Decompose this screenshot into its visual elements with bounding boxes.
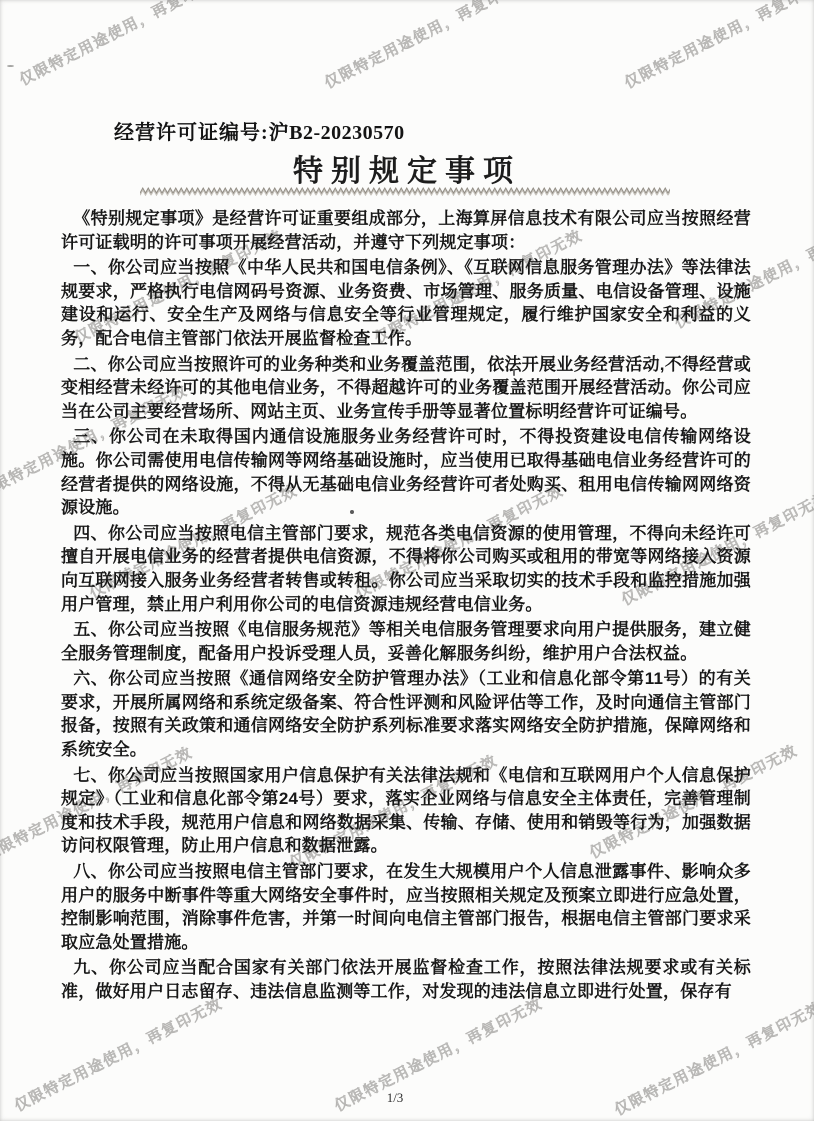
provision-item: 六、你公司应当按照《通信网络安全防护管理办法》（工业和信息化部令第11号）的有关… (61, 667, 751, 761)
provision-item: 九、你公司应当配合国家有关部门依法开展监督检查工作，按照法律法规要求或有关标准，… (61, 956, 751, 1003)
scan-artifact (350, 510, 354, 514)
provision-item: 七、你公司应当按照国家用户信息保护有关法律法规和《电信和互联网用户个人信息保护规… (61, 764, 751, 858)
title-separator-line (140, 186, 670, 196)
scan-artifact (513, 369, 515, 376)
provision-item: 二、你公司应当按照许可的业务种类和业务覆盖范围，依法开展业务经营活动,不得经营或… (61, 353, 751, 424)
intro-paragraph: 《特别规定事项》是经营许可证重要组成部分，上海算屏信息技术有限公司应当按照经营许… (61, 207, 751, 254)
provisions-list: 一、你公司应当按照《中华人民共和国电信条例》、《互联网信息服务管理办法》等法律法… (61, 256, 751, 1003)
page-number: 1/3 (0, 1090, 790, 1106)
license-label: 经营许可证编号: (114, 122, 269, 144)
provision-item: 一、你公司应当按照《中华人民共和国电信条例》、《互联网信息服务管理办法》等法律法… (61, 256, 751, 350)
provision-item: 五、你公司应当按照《电信服务规范》等相关电信服务管理要求向用户提供服务，建立健全… (61, 618, 751, 665)
provision-item: 四、你公司应当按照电信主管部门要求，规范各类电信资源的使用管理，不得向未经许可擅… (61, 522, 751, 616)
document-page: 仅限特定用途使用，再复印无效仅限特定用途使用，再复印无效仅限特定用途使用，再复印… (0, 0, 814, 1121)
scan-artifact (7, 65, 14, 67)
document-content: 经营许可证编号:沪B2-20230570 特别规定事项 《特别规定事项》是经营许… (0, 0, 814, 1121)
provisions-body: 《特别规定事项》是经营许可证重要组成部分，上海算屏信息技术有限公司应当按照经营许… (61, 207, 751, 1006)
zigzag-rule-graphic (140, 186, 670, 196)
provision-item: 八、你公司应当按照电信主管部门要求，在发生大规模用户个人信息泄露事件、影响众多用… (61, 860, 751, 954)
page-title: 特别规定事项 (0, 146, 814, 190)
license-number-line: 经营许可证编号:沪B2-20230570 (114, 116, 405, 145)
provision-item: 三、你公司在未取得国内通信设施服务业务经营许可时，不得投资建设电信传输网络设施。… (61, 425, 751, 519)
license-number: 沪B2-20230570 (269, 122, 405, 144)
